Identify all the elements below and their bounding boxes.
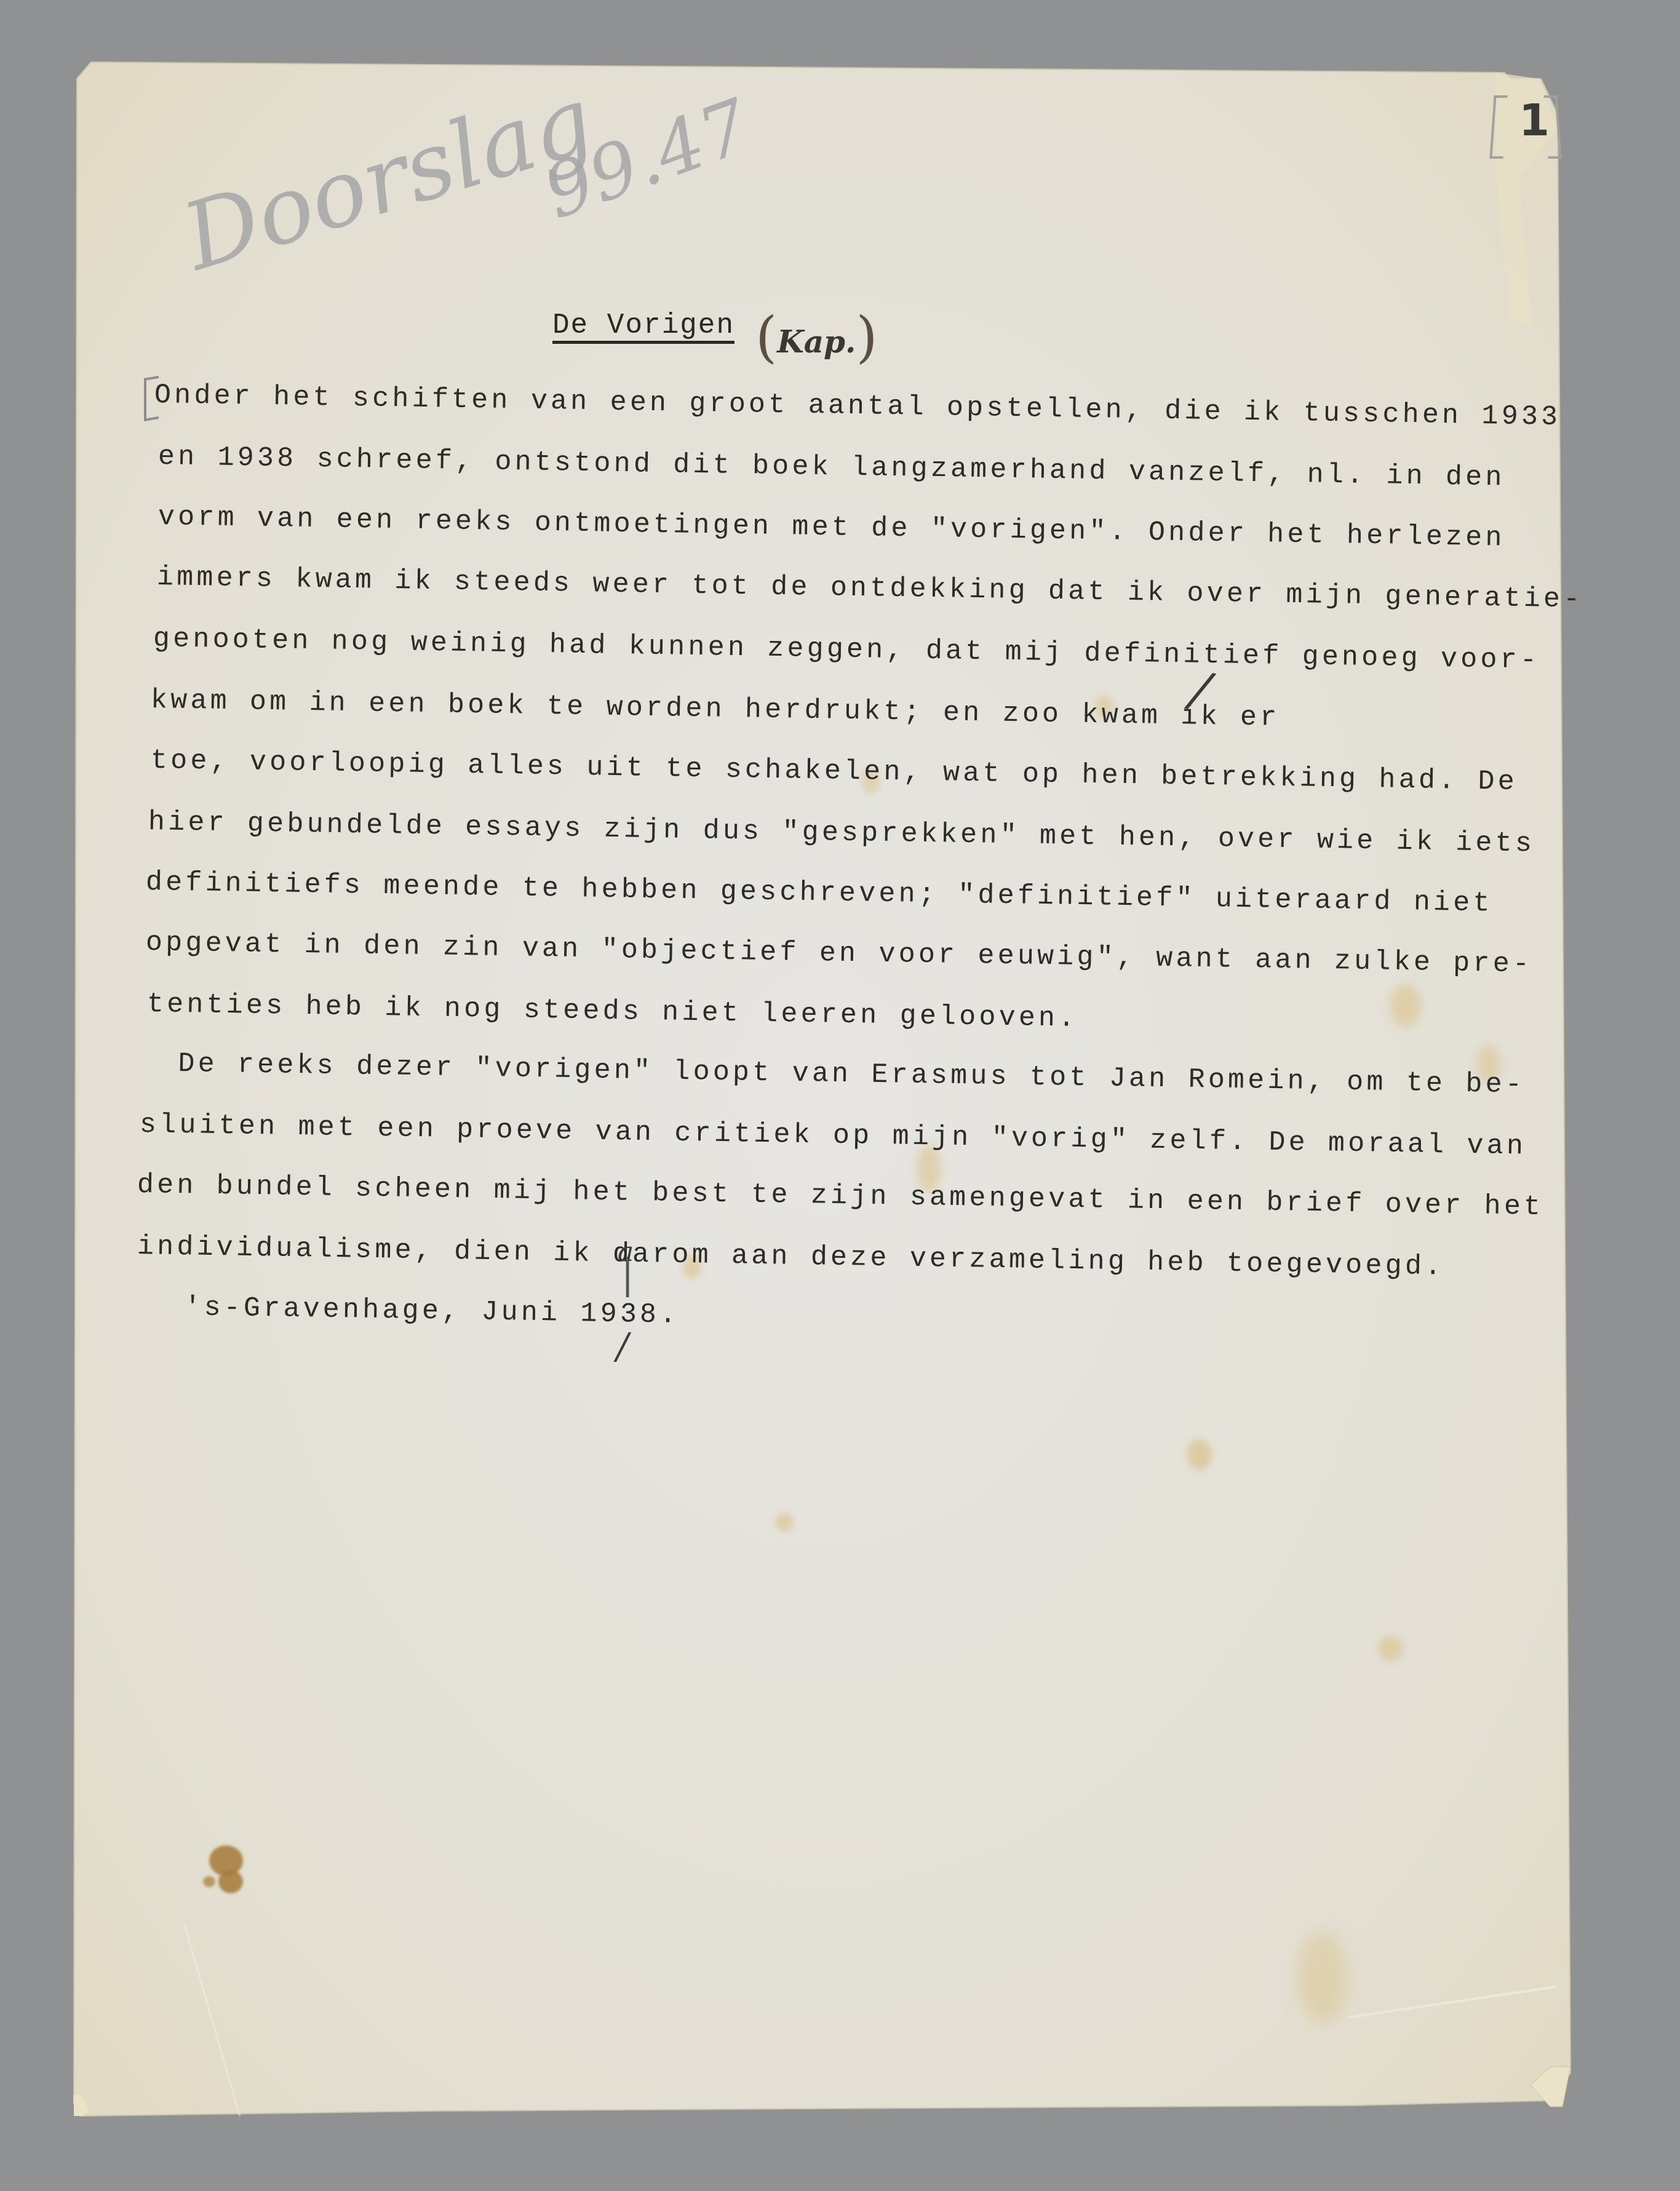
scanned-paper-sheet: Doorslag 99.47 1 De Vorigen (Kap.) Onder… <box>0 0 1680 2191</box>
title-annotation-text: Kap. <box>777 324 856 360</box>
paren-open-icon: ( <box>755 305 777 370</box>
bracket-left-icon <box>1489 95 1507 159</box>
bracket-right-icon <box>1543 95 1561 159</box>
handwritten-correction-mark: | <box>621 1255 634 1298</box>
title-handwritten-annotation: (Kap.) <box>755 301 877 366</box>
document-title-block: De Vorigen (Kap.) <box>552 295 878 360</box>
signoff-line: 's-Gravenhage, Juni 1938. <box>145 1293 680 1329</box>
paren-close-icon: ) <box>856 305 877 370</box>
document-title: De Vorigen <box>552 311 735 344</box>
handwritten-correction-mark: / <box>616 1326 629 1367</box>
page-number-mark: 1 <box>1492 95 1572 157</box>
